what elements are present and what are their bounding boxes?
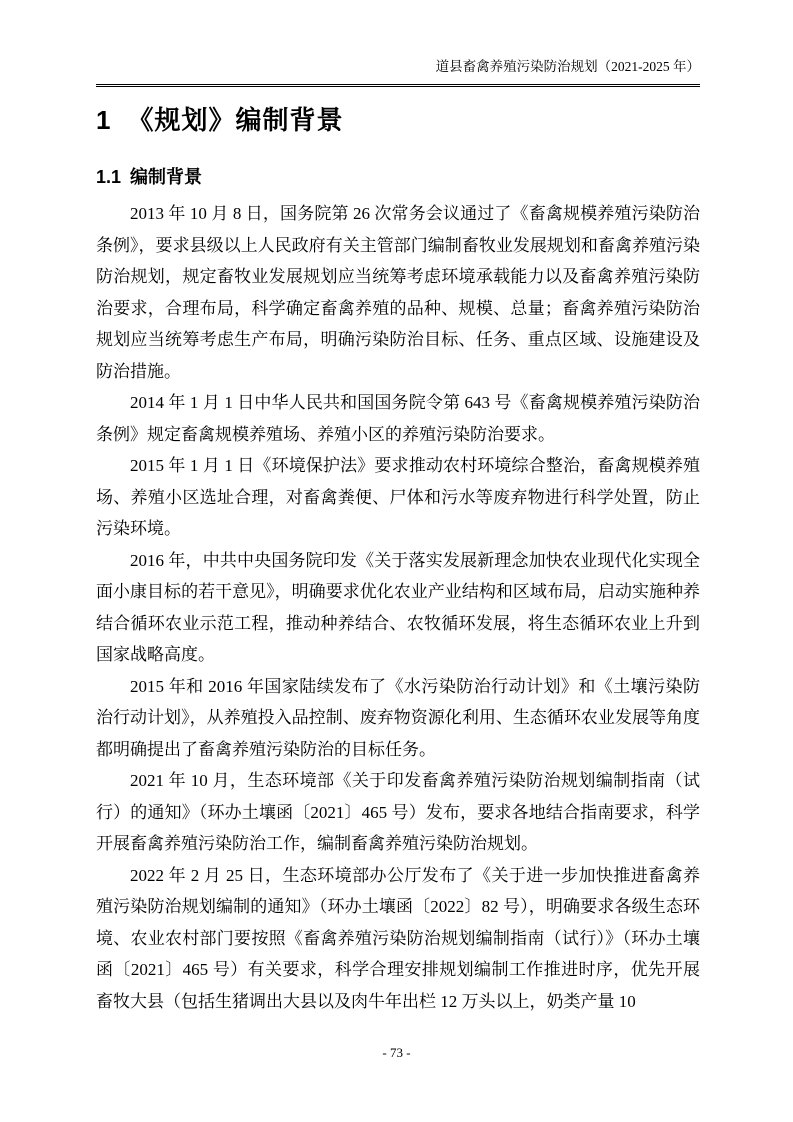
paragraph-5: 2015 年和 2016 年国家陆续发布了《水污染防治行动计划》和《土壤污染防治… [96,671,700,766]
body-text: 2013 年 10 月 8 日，国务院第 26 次常务会议通过了《畜禽规模养殖污… [96,198,700,1017]
chapter-number: 1 [96,105,111,135]
paragraph-6: 2021 年 10 月，生态环境部《关于印发畜禽养殖污染防治规划编制指南（试行）… [96,765,700,860]
paragraph-7: 2022 年 2 月 25 日，生态环境部办公厅发布了《关于进一步加快推进畜禽养… [96,860,700,1018]
page-footer: - 73 - [0,1045,793,1061]
section-heading: 1.1编制背景 [96,165,700,189]
chapter-heading: 1《规划》编制背景 [96,104,700,136]
section-title: 编制背景 [130,167,202,187]
document-page: 道县畜禽养殖污染防治规划（2021-2025 年） 1《规划》编制背景 1.1编… [0,0,793,1122]
chapter-title: 《规划》编制背景 [127,105,343,135]
paragraph-2: 2014 年 1 月 1 日中华人民共和国国务院令第 643 号《畜禽规模养殖污… [96,387,700,450]
page-header-title: 道县畜禽养殖污染防治规划（2021-2025 年） [436,59,700,74]
content-area: 道县畜禽养殖污染防治规划（2021-2025 年） 1《规划》编制背景 1.1编… [96,0,700,1017]
section-number: 1.1 [96,167,121,187]
page-header: 道县畜禽养殖污染防治规划（2021-2025 年） [96,0,700,87]
paragraph-1: 2013 年 10 月 8 日，国务院第 26 次常务会议通过了《畜禽规模养殖污… [96,198,700,387]
paragraph-4: 2016 年，中共中央国务院印发《关于落实发展新理念加快农业现代化实现全面小康目… [96,545,700,671]
page-number: - 73 - [382,1045,410,1060]
paragraph-3: 2015 年 1 月 1 日《环境保护法》要求推动农村环境综合整治，畜禽规模养殖… [96,450,700,545]
